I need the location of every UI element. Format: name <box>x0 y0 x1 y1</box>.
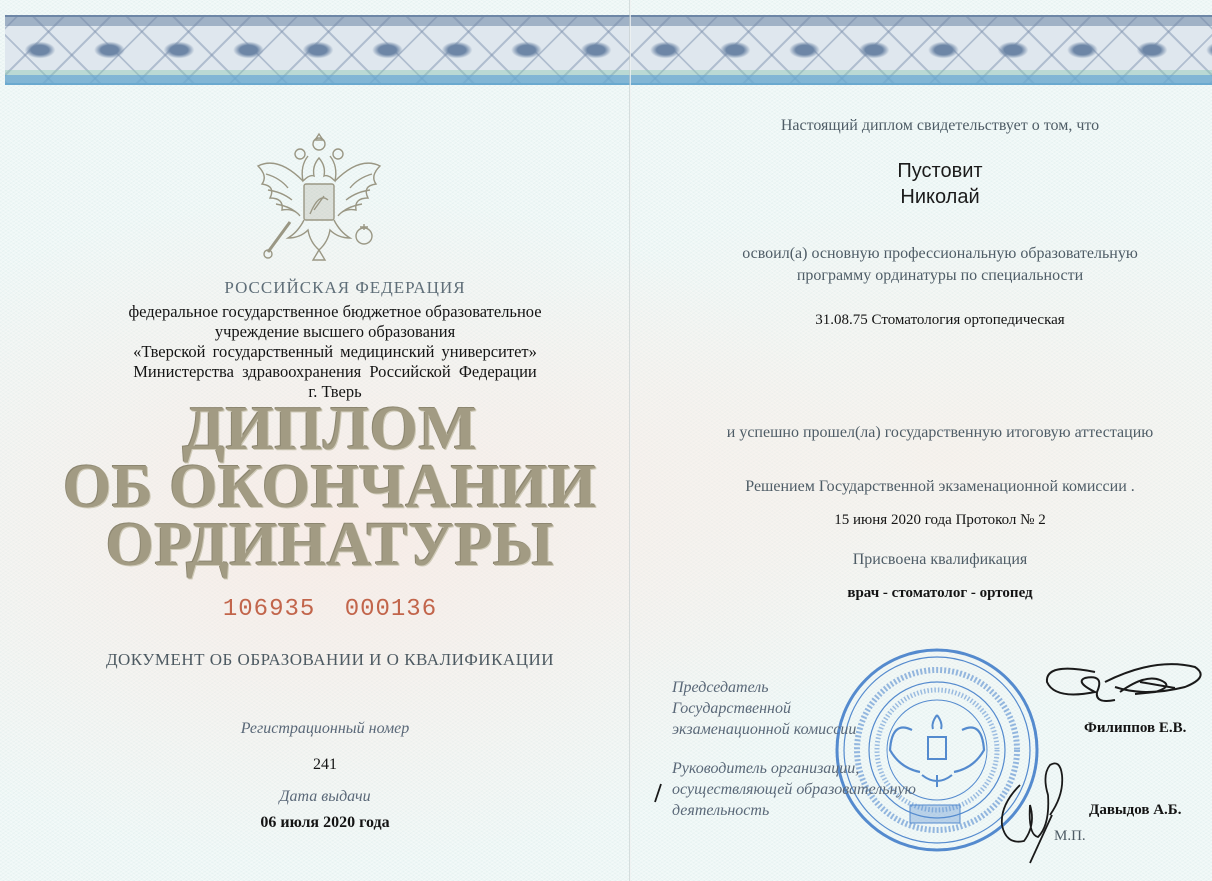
title-line: ОРДИНАТУРЫ <box>40 516 620 574</box>
certification-intro: Настоящий диплом свидетельствует о том, … <box>680 117 1200 135</box>
chair-signature-icon <box>1035 652 1210 722</box>
document-type: ДОКУМЕНТ ОБ ОБРАЗОВАНИИ И О КВАЛИФИКАЦИИ <box>50 650 610 670</box>
attestation-statement: и успешно прошел(ла) государственную ито… <box>680 424 1200 442</box>
program-line: программу ординатуры по специальности <box>680 265 1200 287</box>
graduate-name: Пустовит Николай <box>680 158 1200 210</box>
registration-label: Регистрационный номер <box>180 720 470 738</box>
country-name: РОССИЙСКАЯ ФЕДЕРАЦИЯ <box>180 278 510 298</box>
protocol-info: 15 июня 2020 года Протокол № 2 <box>680 512 1200 529</box>
issue-date: 06 июля 2020 года <box>180 814 470 832</box>
graduate-given-name: Николай <box>680 184 1200 210</box>
coat-of-arms-icon <box>248 126 390 266</box>
title-line: ДИПЛОМ <box>40 400 620 458</box>
head-label-line: Руководитель организации, <box>672 758 952 779</box>
issue-date-label: Дата выдачи <box>180 788 470 806</box>
graduate-surname: Пустовит <box>680 158 1200 184</box>
seal-place-label: М.П. <box>1054 828 1086 845</box>
qualification: врач - стоматолог - ортопед <box>680 585 1200 602</box>
title-line: ОБ ОКОНЧАНИИ <box>40 458 620 516</box>
chair-signature-label: Председатель Государственной экзаменацио… <box>672 677 952 740</box>
page-fold <box>629 0 631 881</box>
registration-number: 241 <box>180 756 470 774</box>
program-line: освоил(а) основную профессиональную обра… <box>680 243 1200 265</box>
organization-line: федеральное государственное бюджетное об… <box>70 302 600 322</box>
organization-name: федеральное государственное бюджетное об… <box>70 302 600 402</box>
commission-decision: Решением Государственной экзаменационной… <box>680 478 1200 496</box>
organization-line: «Тверской государственный медицинский ун… <box>70 342 600 362</box>
program-statement: освоил(а) основную профессиональную обра… <box>680 243 1200 287</box>
head-label-line: осуществляющей образовательную <box>672 779 952 800</box>
qualification-label: Присвоена квалификация <box>680 551 1200 569</box>
head-label-line: деятельность <box>672 800 952 821</box>
chair-name: Филиппов Е.В. <box>1084 720 1186 737</box>
organization-line: учреждение высшего образования <box>70 322 600 342</box>
decorative-guilloche-band <box>5 15 1212 85</box>
pen-mark-icon <box>652 782 664 804</box>
head-signature-icon <box>990 745 1080 865</box>
chair-label-line: Председатель <box>672 677 952 698</box>
chair-label-line: Государственной <box>672 698 952 719</box>
chair-label-line: экзаменационной комиссии <box>672 719 952 740</box>
head-name: Давыдов А.Б. <box>1089 802 1181 819</box>
organization-line: Министерства здравоохранения Российской … <box>70 362 600 382</box>
serial-number: 106935 000136 <box>100 596 560 623</box>
specialty: 31.08.75 Стоматология ортопедическая <box>680 312 1200 329</box>
head-signature-label: Руководитель организации, осуществляющей… <box>672 758 952 821</box>
diploma-title: ДИПЛОМ ОБ ОКОНЧАНИИ ОРДИНАТУРЫ <box>40 400 620 574</box>
